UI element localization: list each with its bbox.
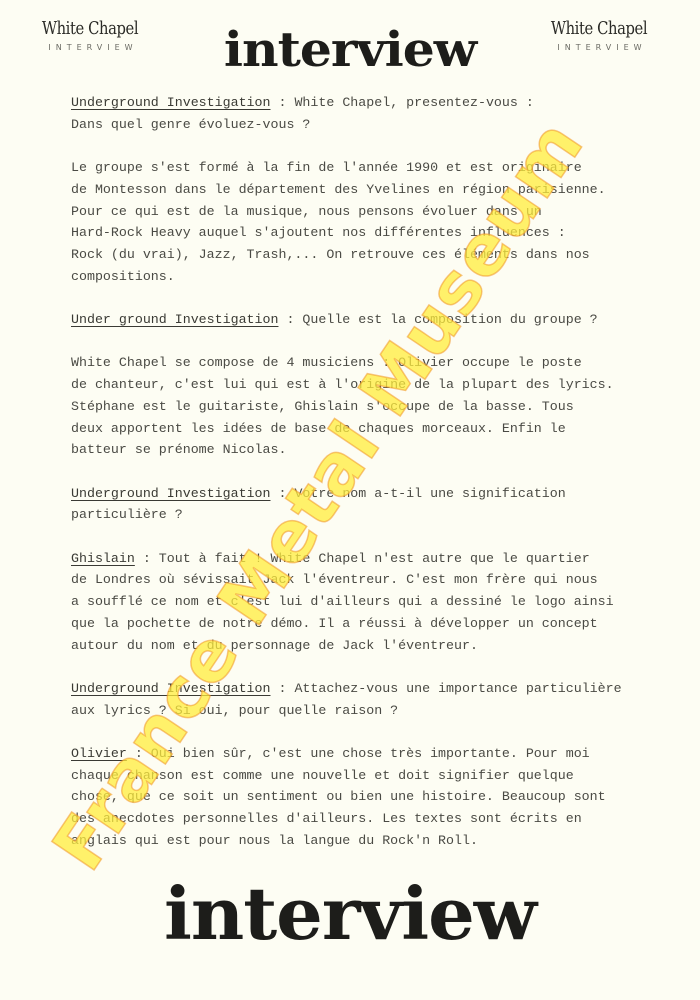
text-line: : Votre nom a-t-il une signification <box>271 486 566 501</box>
text-line: : Oui bien sûr, c'est une chose très imp… <box>127 746 590 761</box>
text-line: White Chapel se compose de 4 musiciens :… <box>71 355 582 370</box>
text-line: compositions. <box>71 269 175 284</box>
band-logo-right: White Chapel INTERVIEW <box>534 18 664 52</box>
speaker-name: Ghislain <box>71 551 135 566</box>
text-line: de Montesson dans le département des Yve… <box>71 182 606 197</box>
text-line: chose, que ce soit un sentiment ou bien … <box>71 789 606 804</box>
interview-answer: Le groupe s'est formé à la fin de l'anné… <box>71 157 691 287</box>
text-line: deux apportent les idées de base de chaq… <box>71 421 566 436</box>
interview-question: Under ground Investigation : Quelle est … <box>71 309 691 331</box>
text-line: Hard-Rock Heavy auquel s'ajoutent nos di… <box>71 225 566 240</box>
text-line: de chanteur, c'est lui qui est à l'origi… <box>71 377 614 392</box>
speaker-name: Olivier <box>71 746 127 761</box>
speaker-name: Underground Investigation <box>71 95 271 110</box>
text-line: que la pochette de notre démo. Il a réus… <box>71 616 598 631</box>
speaker-name: Under ground Investigation <box>71 312 278 327</box>
text-line: particulière ? <box>71 507 183 522</box>
text-line: Stéphane est le guitariste, Ghislain s'o… <box>71 399 574 414</box>
text-line: chaque chanson est comme une nouvelle et… <box>71 768 574 783</box>
text-line: autour du nom et du personnage de Jack l… <box>71 638 478 653</box>
band-logo-title: White Chapel <box>546 18 653 40</box>
text-line: Rock (du vrai), Jazz, Trash,... On retro… <box>71 247 590 262</box>
interview-question: Underground Investigation : Attachez-vou… <box>71 678 691 721</box>
interview-answer: Ghislain : Tout à fait ! White Chapel n'… <box>71 548 691 657</box>
text-line: de Londres où sévissait Jack l'éventreur… <box>71 572 598 587</box>
interview-question: Underground Investigation : White Chapel… <box>71 92 691 135</box>
speaker-name: Underground Investigation <box>71 681 271 696</box>
interview-answer: White Chapel se compose de 4 musiciens :… <box>71 352 691 461</box>
speaker-name: Underground Investigation <box>71 486 271 501</box>
text-line: : White Chapel, presentez-vous : <box>271 95 534 110</box>
interview-answer: Olivier : Oui bien sûr, c'est une chose … <box>71 743 691 852</box>
text-line: : Attachez-vous une importance particuli… <box>271 681 622 696</box>
text-line: : Quelle est la composition du groupe ? <box>278 312 597 327</box>
text-line: Le groupe s'est formé à la fin de l'anné… <box>71 160 582 175</box>
text-line: Dans quel genre évoluez-vous ? <box>71 117 310 132</box>
text-line: Pour ce qui est de la musique, nous pens… <box>71 204 542 219</box>
text-line: a soufflé ce nom et c'est lui d'ailleurs… <box>71 594 614 609</box>
footer-title: interview <box>0 874 700 954</box>
text-line: batteur se prénome Nicolas. <box>71 442 286 457</box>
text-line: : Tout à fait ! White Chapel n'est autre… <box>135 551 590 566</box>
interview-question: Underground Investigation : Votre nom a-… <box>71 483 691 526</box>
band-logo-subtitle: INTERVIEW <box>534 43 664 52</box>
text-line: des anecdotes personnelles d'ailleurs. L… <box>71 811 582 826</box>
text-line: aux lyrics ? Si oui, pour quelle raison … <box>71 703 398 718</box>
interview-body: Underground Investigation : White Chapel… <box>71 92 691 873</box>
text-line: anglais qui est pour nous la langue du R… <box>71 833 478 848</box>
